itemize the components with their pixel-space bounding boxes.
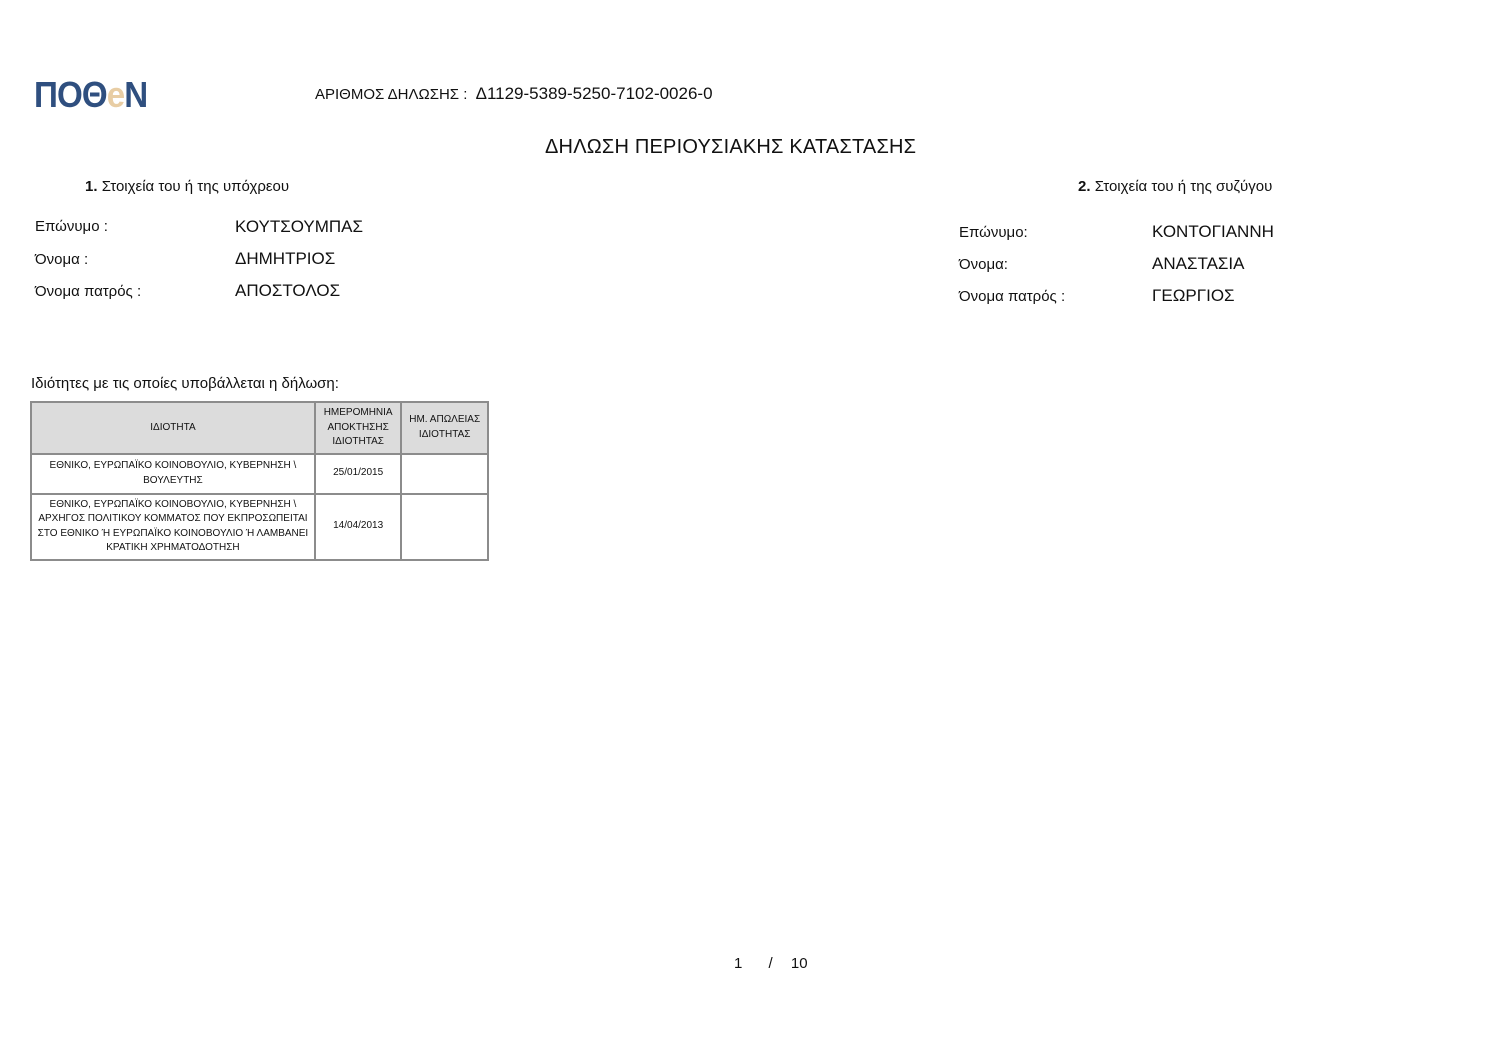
page-separator: / xyxy=(769,955,773,972)
declaration-number-label: ΑΡΙΘΜΟΣ ΔΗΛΩΣΗΣ : xyxy=(315,86,467,103)
current-page: 1 xyxy=(734,955,742,972)
obligor-father-name-value: ΑΠΟΣΤΟΛΟΣ xyxy=(235,281,340,301)
roles-table: ΙΔΙΟΤΗΤΑ ΗΜΕΡΟΜΗΝΙΑ ΑΠΟΚΤΗΣΗΣ ΙΔΙΟΤΗΤΑΣ … xyxy=(30,401,489,561)
obligor-name-label: Όνομα : xyxy=(35,251,88,268)
roles-title: Ιδιότητες με τις οποίες υποβάλλεται η δή… xyxy=(31,375,339,392)
obligor-surname-value: ΚΟΥΤΣΟΥΜΠΑΣ xyxy=(235,217,363,237)
spouse-name-label: Όνομα: xyxy=(959,256,1008,273)
obligor-name-value: ΔΗΜΗΤΡΙΟΣ xyxy=(235,249,335,269)
lost-date-cell xyxy=(401,494,488,560)
roles-table-header: ΙΔΙΟΤΗΤΑ ΗΜΕΡΟΜΗΝΙΑ ΑΠΟΚΤΗΣΗΣ ΙΔΙΟΤΗΤΑΣ … xyxy=(31,402,488,454)
acquired-date-cell: 14/04/2013 xyxy=(315,494,402,560)
spouse-name-value: ΑΝΑΣΤΑΣΙΑ xyxy=(1152,254,1245,274)
pothen-logo: ΠΟΘeΝ xyxy=(34,76,147,114)
obligor-section-heading: 1. Στοιχεία του ή της υπόχρεου xyxy=(85,178,289,195)
role-cell: ΕΘΝΙΚΟ, ΕΥΡΩΠΑΪΚΟ ΚΟΙΝΟΒΟΥΛΙΟ, ΚΥΒΕΡΝΗΣΗ… xyxy=(31,494,315,560)
spouse-section-heading: 2. Στοιχεία του ή της συζύγου xyxy=(1078,178,1272,195)
spouse-father-name-value: ΓΕΩΡΓΙΟΣ xyxy=(1152,286,1235,306)
spouse-father-name-label: Όνομα πατρός : xyxy=(959,288,1065,305)
header-role: ΙΔΙΟΤΗΤΑ xyxy=(31,402,315,454)
obligor-surname-label: Επώνυμο : xyxy=(35,218,108,235)
role-cell: ΕΘΝΙΚΟ, ΕΥΡΩΠΑΪΚΟ ΚΟΙΝΟΒΟΥΛΙΟ, ΚΥΒΕΡΝΗΣΗ… xyxy=(31,454,315,494)
lost-date-cell xyxy=(401,454,488,494)
declaration-number: ΑΡΙΘΜΟΣ ΔΗΛΩΣΗΣ : Δ1129-5389-5250-7102-0… xyxy=(315,84,713,104)
table-row: ΕΘΝΙΚΟ, ΕΥΡΩΠΑΪΚΟ ΚΟΙΝΟΒΟΥΛΙΟ, ΚΥΒΕΡΝΗΣΗ… xyxy=(31,494,488,560)
document-title: ΔΗΛΩΣΗ ΠΕΡΙΟΥΣΙΑΚΗΣ ΚΑΤΑΣΤΑΣΗΣ xyxy=(545,136,916,159)
acquired-date-cell: 25/01/2015 xyxy=(315,454,402,494)
table-row: ΕΘΝΙΚΟ, ΕΥΡΩΠΑΪΚΟ ΚΟΙΝΟΒΟΥΛΙΟ, ΚΥΒΕΡΝΗΣΗ… xyxy=(31,454,488,494)
spouse-surname-label: Επώνυμο: xyxy=(959,224,1028,241)
total-pages: 10 xyxy=(791,955,808,972)
header-acquired-date: ΗΜΕΡΟΜΗΝΙΑ ΑΠΟΚΤΗΣΗΣ ΙΔΙΟΤΗΤΑΣ xyxy=(315,402,402,454)
declaration-number-value: Δ1129-5389-5250-7102-0026-0 xyxy=(476,84,713,103)
spouse-surname-value: ΚΟΝΤΟΓΙΑΝΝΗ xyxy=(1152,222,1274,242)
page-indicator: 1 / 10 xyxy=(734,955,808,972)
obligor-father-name-label: Όνομα πατρός : xyxy=(35,283,141,300)
header-lost-date: ΗΜ. ΑΠΩΛΕΙΑΣ ΙΔΙΟΤΗΤΑΣ xyxy=(401,402,488,454)
